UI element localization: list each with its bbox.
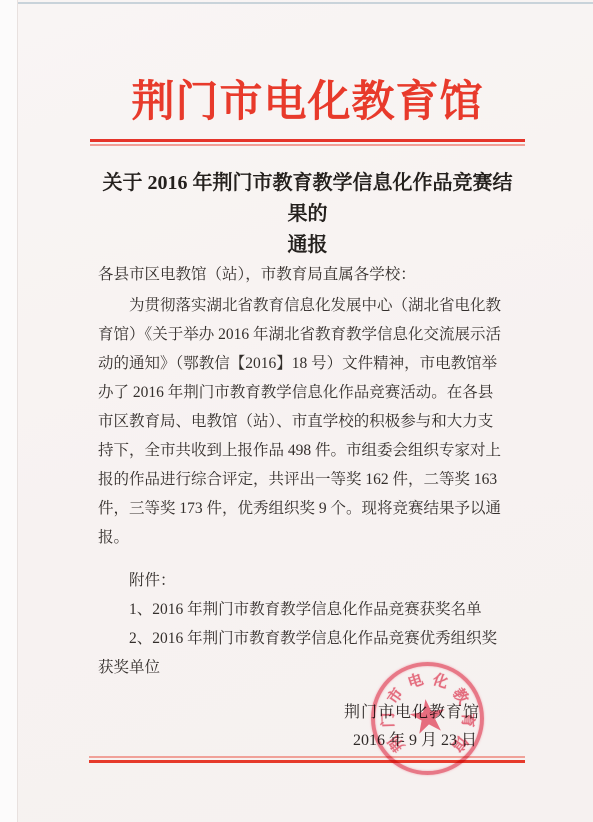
document-title: 关于 2016 年荆门市教育教学信息化作品竞赛结果的 通报 (95, 168, 520, 261)
scan-edge-strip (0, 0, 18, 822)
salutation: 各县市区电教馆（站），市教育局直属各学校： (98, 260, 528, 289)
scan-top-edge (18, 2, 593, 4)
letterhead-divider (90, 139, 525, 142)
letterhead-divider-shadow (90, 144, 525, 146)
seal-char: 门 (377, 710, 395, 728)
seal-char: 育 (459, 710, 477, 728)
document-title-line2: 通报 (95, 230, 520, 261)
letterhead-title: 荆门市电化教育馆 (90, 78, 525, 128)
body-paragraph: 为贯彻落实湖北省教育信息化发展中心（湖北省电化教 育馆）《关于举办 2016 年… (98, 291, 528, 552)
official-seal: ★ 荆门市电化教育馆 (371, 662, 484, 775)
document-title-line1: 关于 2016 年荆门市教育教学信息化作品竞赛结果的 (95, 168, 520, 230)
scanned-page: 荆门市电化教育馆 关于 2016 年荆门市教育教学信息化作品竞赛结果的 通报 各… (0, 0, 593, 822)
seal-star-icon: ★ (404, 691, 451, 742)
